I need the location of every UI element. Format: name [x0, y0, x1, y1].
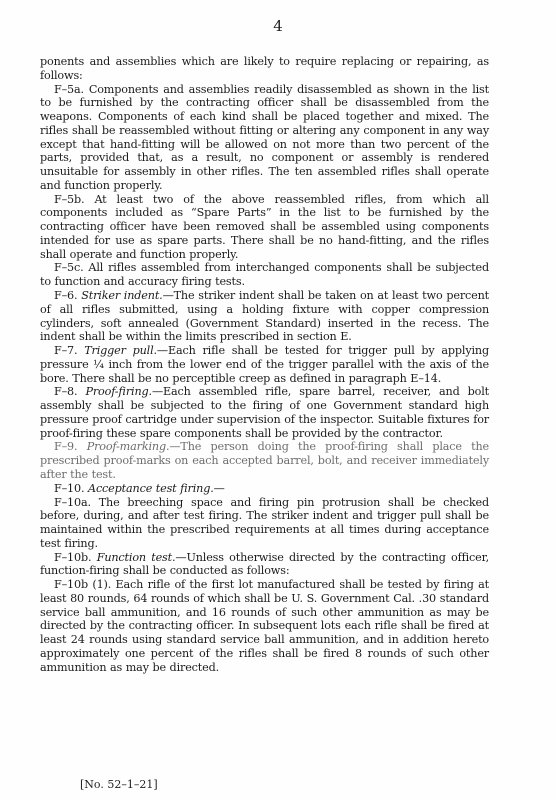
paragraph-heading: Striker indent.— [81, 289, 173, 302]
paragraph: F–7. Trigger pull.—Each rifle shall be t… [40, 344, 489, 385]
paragraph-number: F–10b (1). [54, 578, 116, 591]
paragraph: F–5c. All rifles assembled from intercha… [40, 261, 489, 289]
paragraph-text: All rifles assembled from interchanged c… [40, 261, 489, 288]
paragraph-heading: Trigger pull.— [84, 344, 168, 357]
paragraph-number: F–5c. [54, 261, 88, 274]
paragraph: ponents and assemblies which are likely … [40, 55, 489, 83]
paragraph-text: Components and assemblies readily disass… [40, 83, 489, 192]
paragraph: F–9. Proof-marking.—The person doing the… [40, 440, 489, 481]
document-footer-code: [No. 52–1–21] [80, 778, 158, 791]
paragraph-heading: Function test.— [97, 551, 187, 564]
paragraph-text: At least two of the above reassembled ri… [40, 193, 489, 261]
paragraph-number: F–6. [54, 289, 81, 302]
paragraph-number: F–5b. [54, 193, 94, 206]
paragraph-number: F–8. [54, 385, 85, 398]
paragraph: F–10a. The breeching space and firing pi… [40, 496, 489, 551]
page-number: 4 [0, 17, 556, 35]
paragraph-text: ponents and assemblies which are likely … [40, 55, 489, 82]
paragraph-text: Each rifle of the first lot manufactured… [40, 578, 489, 674]
paragraph-number: F–10. [54, 482, 88, 495]
paragraph-number: F–10b. [54, 551, 97, 564]
paragraph-text: The breeching space and firing pin protr… [40, 496, 489, 550]
paragraph: F–10b. Function test.—Unless otherwise d… [40, 551, 489, 579]
paragraph: F–8. Proof-firing.—Each assembled rifle,… [40, 385, 489, 440]
paragraph: F–10b (1). Each rifle of the first lot m… [40, 578, 489, 674]
paragraph-number: F–10a. [54, 496, 99, 509]
paragraph: F–5b. At least two of the above reassemb… [40, 193, 489, 262]
paragraph: F–10. Acceptance test firing.— [40, 482, 489, 496]
paragraph-number: F–9. [54, 440, 87, 453]
paragraph-number: F–7. [54, 344, 84, 357]
paragraph: F–5a. Components and assemblies readily … [40, 83, 489, 193]
paragraph: F–6. Striker indent.—The striker indent … [40, 289, 489, 344]
paragraph-heading: Proof-firing.— [85, 385, 163, 398]
paragraph-heading: Proof-marking.— [87, 440, 181, 453]
paragraph-heading: Acceptance test firing.— [88, 482, 225, 495]
paragraph-number: F–5a. [54, 83, 89, 96]
document-page: 4 ponents and assemblies which are likel… [0, 0, 556, 800]
body-text: ponents and assemblies which are likely … [40, 55, 489, 674]
